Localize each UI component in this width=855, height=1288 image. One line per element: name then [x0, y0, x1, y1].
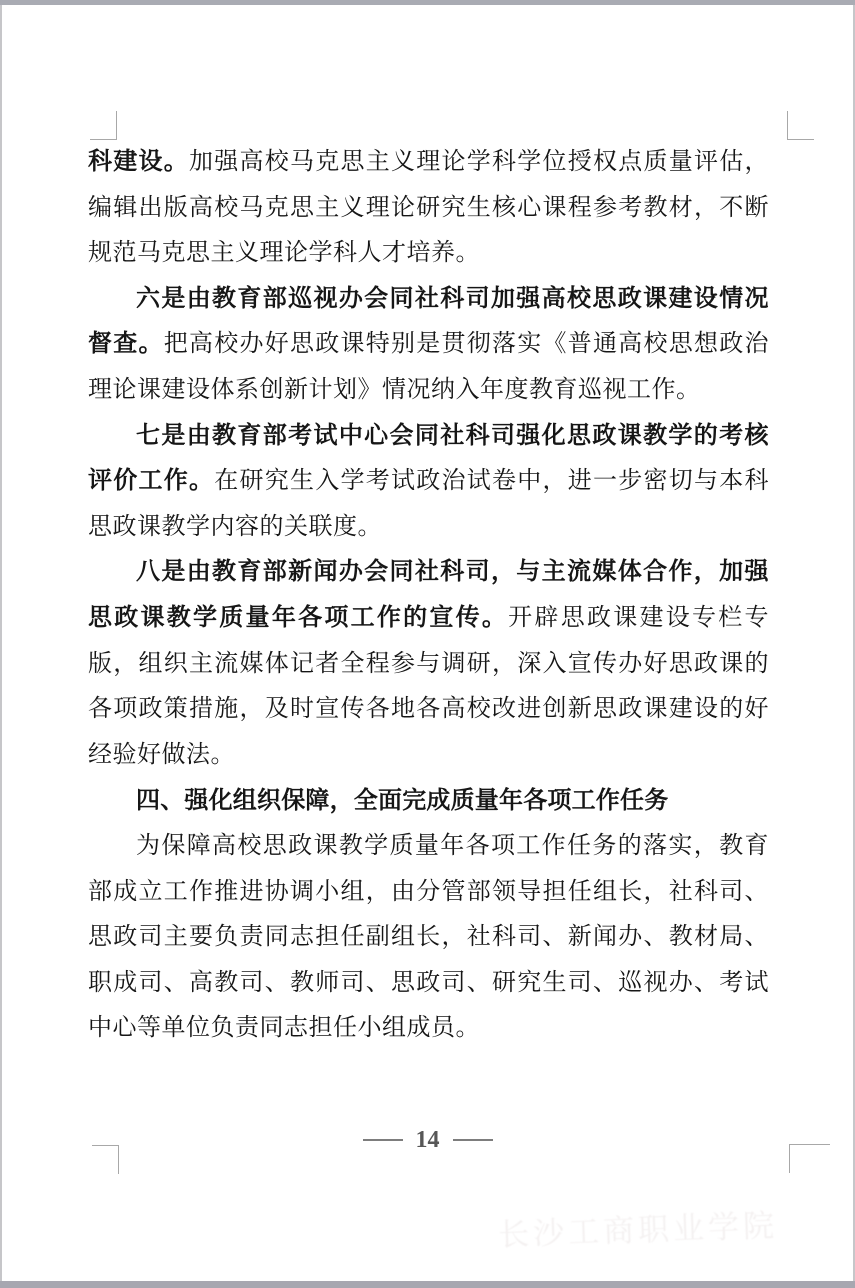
page-number-value: 14: [416, 1128, 440, 1152]
paragraph: 为保障高校思政课教学质量年各项工作任务的落实，教育部成立工作推进协调小组，由分管…: [88, 824, 769, 1052]
paragraph: 七是由教育部考试中心会同社科司强化思政课教学的考核评价工作。在研究生入学考试政治…: [88, 414, 769, 551]
paragraph-text: 为保障高校思政课教学质量年各项工作任务的落实，教育部成立工作推进协调小组，由分管…: [88, 833, 769, 1041]
paragraph: 八是由教育部新闻办会同社科司，与主流媒体合作，加强思政课教学质量年各项工作的宣传…: [88, 550, 769, 778]
section-heading: 四、强化组织保障，全面完成质量年各项工作任务: [88, 778, 769, 824]
document-body: 科建设。加强高校马克思主义理论学科学位授权点质量评估，编辑出版高校马克思主义理论…: [88, 140, 769, 1052]
page-number-dash-left: [363, 1139, 403, 1141]
page-gap-bottom: [0, 1281, 855, 1288]
paragraph-text: 加强高校马克思主义理论学科学位授权点质量评估，编辑出版高校马克思主义理论研究生核…: [88, 149, 769, 266]
page-number: 14: [0, 1128, 855, 1152]
page-number-dash-right: [453, 1139, 493, 1141]
document-page: 科建设。加强高校马克思主义理论学科学位授权点质量评估，编辑出版高校马克思主义理论…: [0, 0, 855, 1288]
paragraph: 六是由教育部巡视办会同社科司加强高校思政课建设情况督查。把高校办好思政课特别是贯…: [88, 277, 769, 414]
crop-mark-top-left: [90, 111, 117, 140]
page-gap-top: [0, 0, 855, 5]
paragraph-text: 四、强化组织保障，全面完成质量年各项工作任务: [136, 786, 668, 814]
paragraph: 科建设。加强高校马克思主义理论学科学位授权点质量评估，编辑出版高校马克思主义理论…: [88, 140, 769, 277]
page-edge-left: [0, 5, 2, 1281]
calligraphy-watermark: 长沙工商职业学院: [497, 1198, 828, 1254]
paragraph-lead-bold: 科建设。: [88, 149, 189, 175]
paragraph-text: 把高校办好思政课特别是贯彻落实《普通高校思想政治理论课建设体系创新计划》情况纳入…: [88, 331, 769, 403]
crop-mark-top-right: [787, 111, 814, 140]
